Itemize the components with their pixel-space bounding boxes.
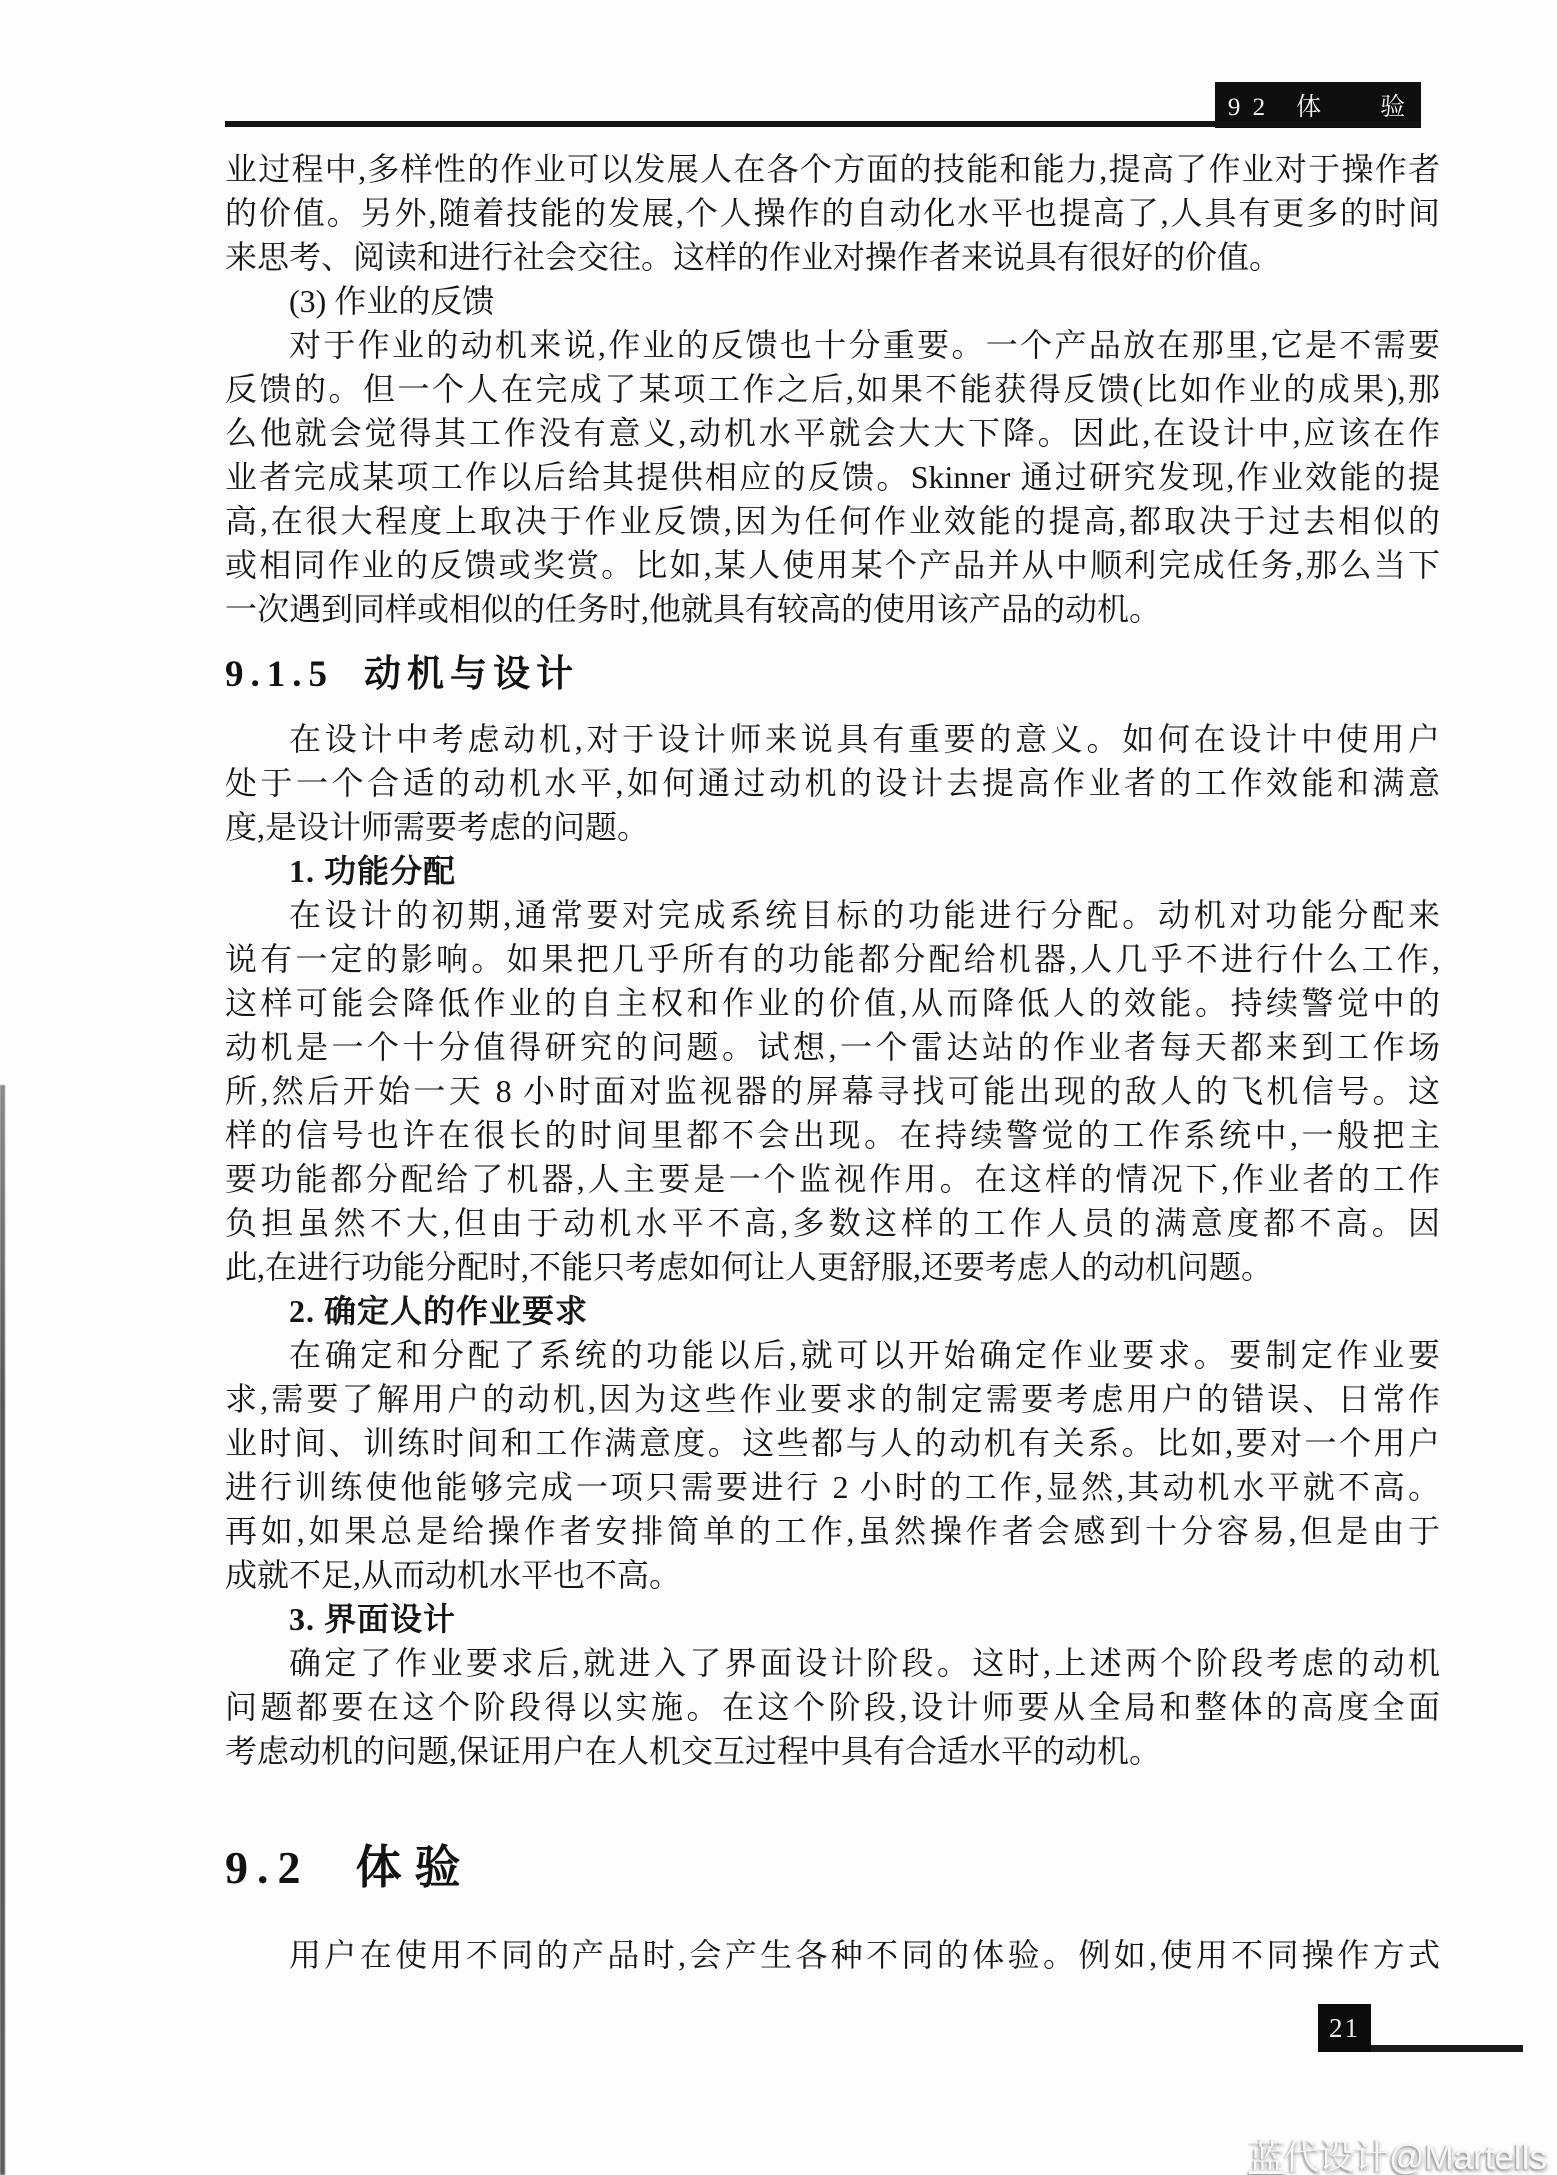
heading-title: 动机与设计: [364, 654, 579, 695]
paragraph: 用户在使用不同的产品时,会产生各种不同的体验。例如,使用不同操作方式: [225, 1933, 1440, 1977]
text-line: 再如,如果总是给操作者安排简单的工作,虽然操作者会感到十分容易,但是由于: [225, 1509, 1440, 1553]
heading-title: 体验: [356, 1842, 474, 1893]
section-heading: 9.1.5动机与设计: [225, 648, 1440, 702]
watermark: 蓝代设计@Martells: [1249, 2130, 1547, 2175]
paragraph: 业过程中,多样性的作业可以发展人在各个方面的技能和能力,提高了作业对于操作者的价…: [225, 147, 1440, 279]
page-number-badge: 21: [1318, 2004, 1371, 2052]
text-line: 来思考、阅读和进行社会交往。这样的作业对操作者来说具有很好的价值。: [225, 235, 1440, 279]
text-line: 业过程中,多样性的作业可以发展人在各个方面的技能和能力,提高了作业对于操作者: [225, 147, 1440, 191]
text-line: 高,在很大程度上取决于作业反馈,因为任何作业效能的提高,都取决于过去相似的: [225, 499, 1440, 543]
text-line: 处于一个合适的动机水平,如何通过动机的设计去提高作业者的工作效能和满意: [225, 761, 1440, 805]
text-line: 这样可能会降低作业的自主权和作业的价值,从而降低人的效能。持续警觉中的: [225, 981, 1440, 1025]
heading-number: 9.1.5: [225, 654, 334, 695]
chapter-heading: 9.2体验: [225, 1836, 1440, 1900]
scanned-book-page: 9 2 体 验 业过程中,多样性的作业可以发展人在各个方面的技能和能力,提高了作…: [0, 0, 1557, 2175]
paragraph: (3) 作业的反馈: [225, 279, 1440, 323]
text-line: 度,是设计师需要考虑的问题。: [225, 805, 1440, 849]
text-line: 动机是一个十分值得研究的问题。试想,一个雷达站的作业者每天都来到工作场: [225, 1025, 1440, 1069]
text-line: 要功能都分配给了机器,人主要是一个监视作用。在这样的情况下,作业者的工作: [225, 1157, 1440, 1201]
text-line: 成就不足,从而动机水平也不高。: [225, 1553, 1440, 1597]
page-number-rule: [1371, 2045, 1523, 2052]
text-line: 所,然后开始一天 8 小时面对监视器的屏幕寻找可能出现的敌人的飞机信号。这: [225, 1069, 1440, 1113]
text-line: 负担虽然不大,但由于动机水平不高,多数这样的工作人员的满意度都不高。因: [225, 1201, 1440, 1245]
text-line: (3) 作业的反馈: [225, 279, 1440, 323]
text-line: 问题都要在这个阶段得以实施。在这个阶段,设计师要从全局和整体的高度全面: [225, 1685, 1440, 1729]
text-line: 在设计中考虑动机,对于设计师来说具有重要的意义。如何在设计中使用户: [225, 717, 1440, 761]
text-line: 或相同作业的反馈或奖赏。比如,某人使用某个产品并从中顺利完成任务,那么当下: [225, 543, 1440, 587]
text-line: 在确定和分配了系统的功能以后,就可以开始确定作业要求。要制定作业要: [225, 1333, 1440, 1377]
paragraph: 确定了作业要求后,就进入了界面设计阶段。这时,上述两个阶段考虑的动机问题都要在这…: [225, 1641, 1440, 1773]
text-line: 此,在进行功能分配时,不能只考虑如何让人更舒服,还要考虑人的动机问题。: [225, 1245, 1440, 1289]
paragraph: 在设计的初期,通常要对完成系统目标的功能进行分配。动机对功能分配来说有一定的影响…: [225, 893, 1440, 1289]
heading-number: 9.2: [225, 1842, 310, 1893]
paragraph: 在设计中考虑动机,对于设计师来说具有重要的意义。如何在设计中使用户处于一个合适的…: [225, 717, 1440, 849]
text-line: 对于作业的动机来说,作业的反馈也十分重要。一个产品放在那里,它是不需要: [225, 323, 1440, 367]
text-line: 么他就会觉得其工作没有意义,动机水平就会大大下降。因此,在设计中,应该在作: [225, 411, 1440, 455]
text-line: 在设计的初期,通常要对完成系统目标的功能进行分配。动机对功能分配来: [225, 893, 1440, 937]
numbered-subheading: 1. 功能分配: [225, 849, 1440, 893]
numbered-subheading: 3. 界面设计: [225, 1597, 1440, 1641]
header-rule: [225, 121, 1421, 127]
text-line: 样的信号也许在很长的时间里都不会出现。在持续警觉的工作系统中,一般把主: [225, 1113, 1440, 1157]
text-line: 业者完成某项工作以后给其提供相应的反馈。Skinner 通过研究发现,作业效能的…: [225, 455, 1440, 499]
scan-edge-artifact: [0, 1085, 5, 2175]
text-line: 确定了作业要求后,就进入了界面设计阶段。这时,上述两个阶段考虑的动机: [225, 1641, 1440, 1685]
text-line: 用户在使用不同的产品时,会产生各种不同的体验。例如,使用不同操作方式: [225, 1933, 1440, 1977]
text-line: 的价值。另外,随着技能的发展,个人操作的自动化水平也提高了,人具有更多的时间: [225, 191, 1440, 235]
numbered-subheading: 2. 确定人的作业要求: [225, 1289, 1440, 1333]
text-line: 反馈的。但一个人在完成了某项工作之后,如果不能获得反馈(比如作业的成果),那: [225, 367, 1440, 411]
page-content: 业过程中,多样性的作业可以发展人在各个方面的技能和能力,提高了作业对于操作者的价…: [225, 147, 1440, 1977]
text-line: 进行训练使他能够完成一项只需要进行 2 小时的工作,显然,其动机水平就不高。: [225, 1465, 1440, 1509]
text-line: 考虑动机的问题,保证用户在人机交互过程中具有合适水平的动机。: [225, 1729, 1440, 1773]
text-line: 说有一定的影响。如果把几乎所有的功能都分配给机器,人几乎不进行什么工作,: [225, 937, 1440, 981]
paragraph: 在确定和分配了系统的功能以后,就可以开始确定作业要求。要制定作业要求,需要了解用…: [225, 1333, 1440, 1597]
text-line: 一次遇到同样或相似的任务时,他就具有较高的使用该产品的动机。: [225, 587, 1440, 631]
text-line: 求,需要了解用户的动机,因为这些作业要求的制定需要考虑用户的错误、日常作: [225, 1377, 1440, 1421]
paragraph: 对于作业的动机来说,作业的反馈也十分重要。一个产品放在那里,它是不需要反馈的。但…: [225, 323, 1440, 631]
text-line: 业时间、训练时间和工作满意度。这些都与人的动机有关系。比如,要对一个用户: [225, 1421, 1440, 1465]
